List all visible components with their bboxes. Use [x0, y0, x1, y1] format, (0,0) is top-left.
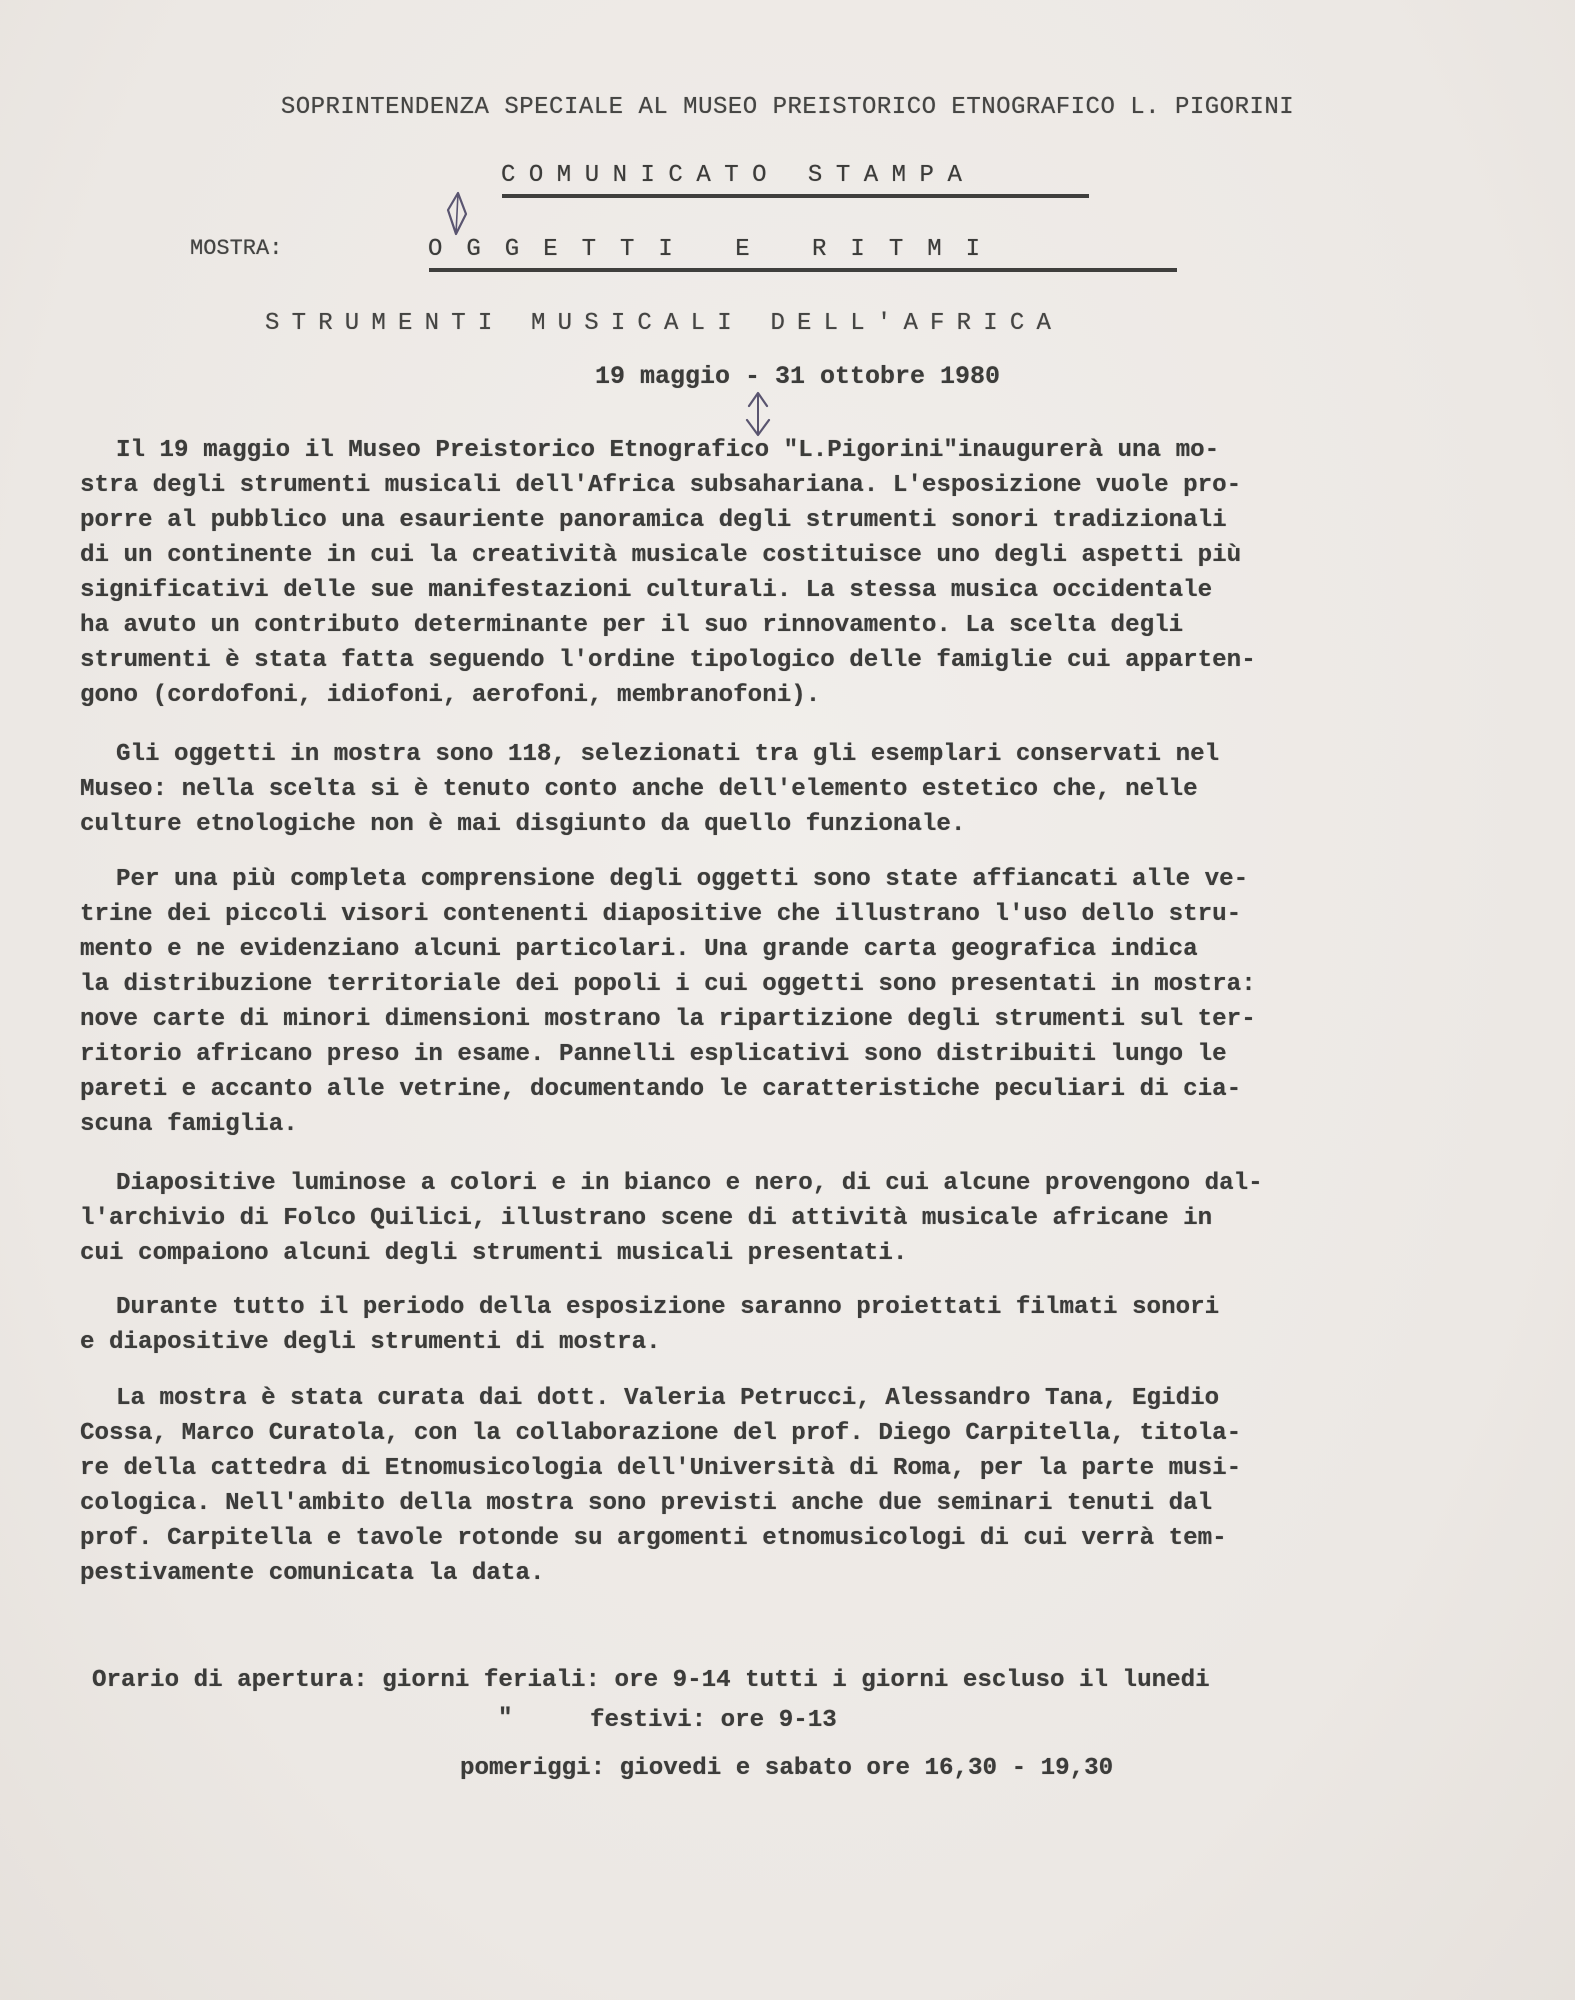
exhibit-subtitle: STRUMENTI MUSICALI DELL'AFRICA [265, 310, 1063, 337]
text-line: scuna famiglia. [80, 1107, 1550, 1142]
text-line: la distribuzione territoriale dei popoli… [80, 967, 1550, 1002]
text-line: cui compaiono alcuni degli strumenti mus… [80, 1236, 1550, 1271]
text-line: e diapositive degli strumenti di mostra. [80, 1325, 1550, 1360]
text-line: l'archivio di Folco Quilici, illustrano … [80, 1201, 1550, 1236]
text-line: strumenti è stata fatta seguendo l'ordin… [80, 643, 1550, 678]
paragraph-1: Il 19 maggio il Museo Preistorico Etnogr… [80, 433, 1550, 713]
text-line: mento e ne evidenziano alcuni particolar… [80, 932, 1550, 967]
text-line: trine dei piccoli visori contenenti diap… [80, 897, 1550, 932]
text-line: cologica. Nell'ambito della mostra sono … [80, 1486, 1550, 1521]
text-line: culture etnologiche non è mai disgiunto … [80, 807, 1550, 842]
text-line: ha avuto un contributo determinante per … [80, 608, 1550, 643]
text-line: re della cattedra di Etnomusicologia del… [80, 1451, 1550, 1486]
text-line: significativi delle sue manifestazioni c… [80, 573, 1550, 608]
text-line: Per una più completa comprensione degli … [80, 862, 1550, 897]
text-line: Gli oggetti in mostra sono 118, selezion… [80, 737, 1550, 772]
press-title-underline [502, 194, 1089, 198]
paragraph-2: Gli oggetti in mostra sono 118, selezion… [80, 737, 1550, 842]
press-release-title: COMUNICATO STAMPA [501, 162, 975, 189]
text-line: porre al pubblico una esauriente panoram… [80, 503, 1550, 538]
text-line: di un continente in cui la creatività mu… [80, 538, 1550, 573]
text-line: Diapositive luminose a colori e in bianc… [80, 1166, 1550, 1201]
text-line: gono (cordofoni, idiofoni, aerofoni, mem… [80, 678, 1550, 713]
exhibit-title: OGGETTI E RITMI [428, 236, 1004, 263]
opening-hours-line-1: Orario di apertura: giorni feriali: ore … [92, 1667, 1210, 1694]
opening-hours-line-3: pomeriggi: giovedi e sabato ore 16,30 - … [460, 1755, 1113, 1782]
text-line: pareti e accanto alle vetrine, documenta… [80, 1072, 1550, 1107]
text-line: Cossa, Marco Curatola, con la collaboraz… [80, 1416, 1550, 1451]
text-line: prof. Carpitella e tavole rotonde su arg… [80, 1521, 1550, 1556]
handwritten-arrow-icon [440, 190, 474, 242]
exhibit-label: MOSTRA: [190, 236, 282, 261]
organization-header: SOPRINTENDENZA SPECIALE AL MUSEO PREISTO… [0, 94, 1575, 121]
paragraph-6: La mostra è stata curata dai dott. Valer… [80, 1381, 1550, 1591]
opening-hours-ditto-mark: " [498, 1705, 513, 1732]
text-line: pestivamente comunicata la data. [80, 1556, 1550, 1591]
text-line: nove carte di minori dimensioni mostrano… [80, 1002, 1550, 1037]
exhibit-title-underline [429, 268, 1177, 272]
text-line: stra degli strumenti musicali dell'Afric… [80, 468, 1550, 503]
opening-hours-line-2: festivi: ore 9-13 [590, 1707, 837, 1734]
paragraph-5: Durante tutto il periodo della esposizio… [80, 1290, 1550, 1360]
text-line: Durante tutto il periodo della esposizio… [80, 1290, 1550, 1325]
exhibit-dates: 19 maggio - 31 ottobre 1980 [0, 362, 1575, 391]
text-line: Museo: nella scelta si è tenuto conto an… [80, 772, 1550, 807]
text-line: La mostra è stata curata dai dott. Valer… [80, 1381, 1550, 1416]
text-line: ritorio africano preso in esame. Pannell… [80, 1037, 1550, 1072]
document-page: SOPRINTENDENZA SPECIALE AL MUSEO PREISTO… [0, 0, 1575, 2000]
text-line: Il 19 maggio il Museo Preistorico Etnogr… [80, 433, 1550, 468]
paragraph-4: Diapositive luminose a colori e in bianc… [80, 1166, 1550, 1271]
paragraph-3: Per una più completa comprensione degli … [80, 862, 1550, 1142]
